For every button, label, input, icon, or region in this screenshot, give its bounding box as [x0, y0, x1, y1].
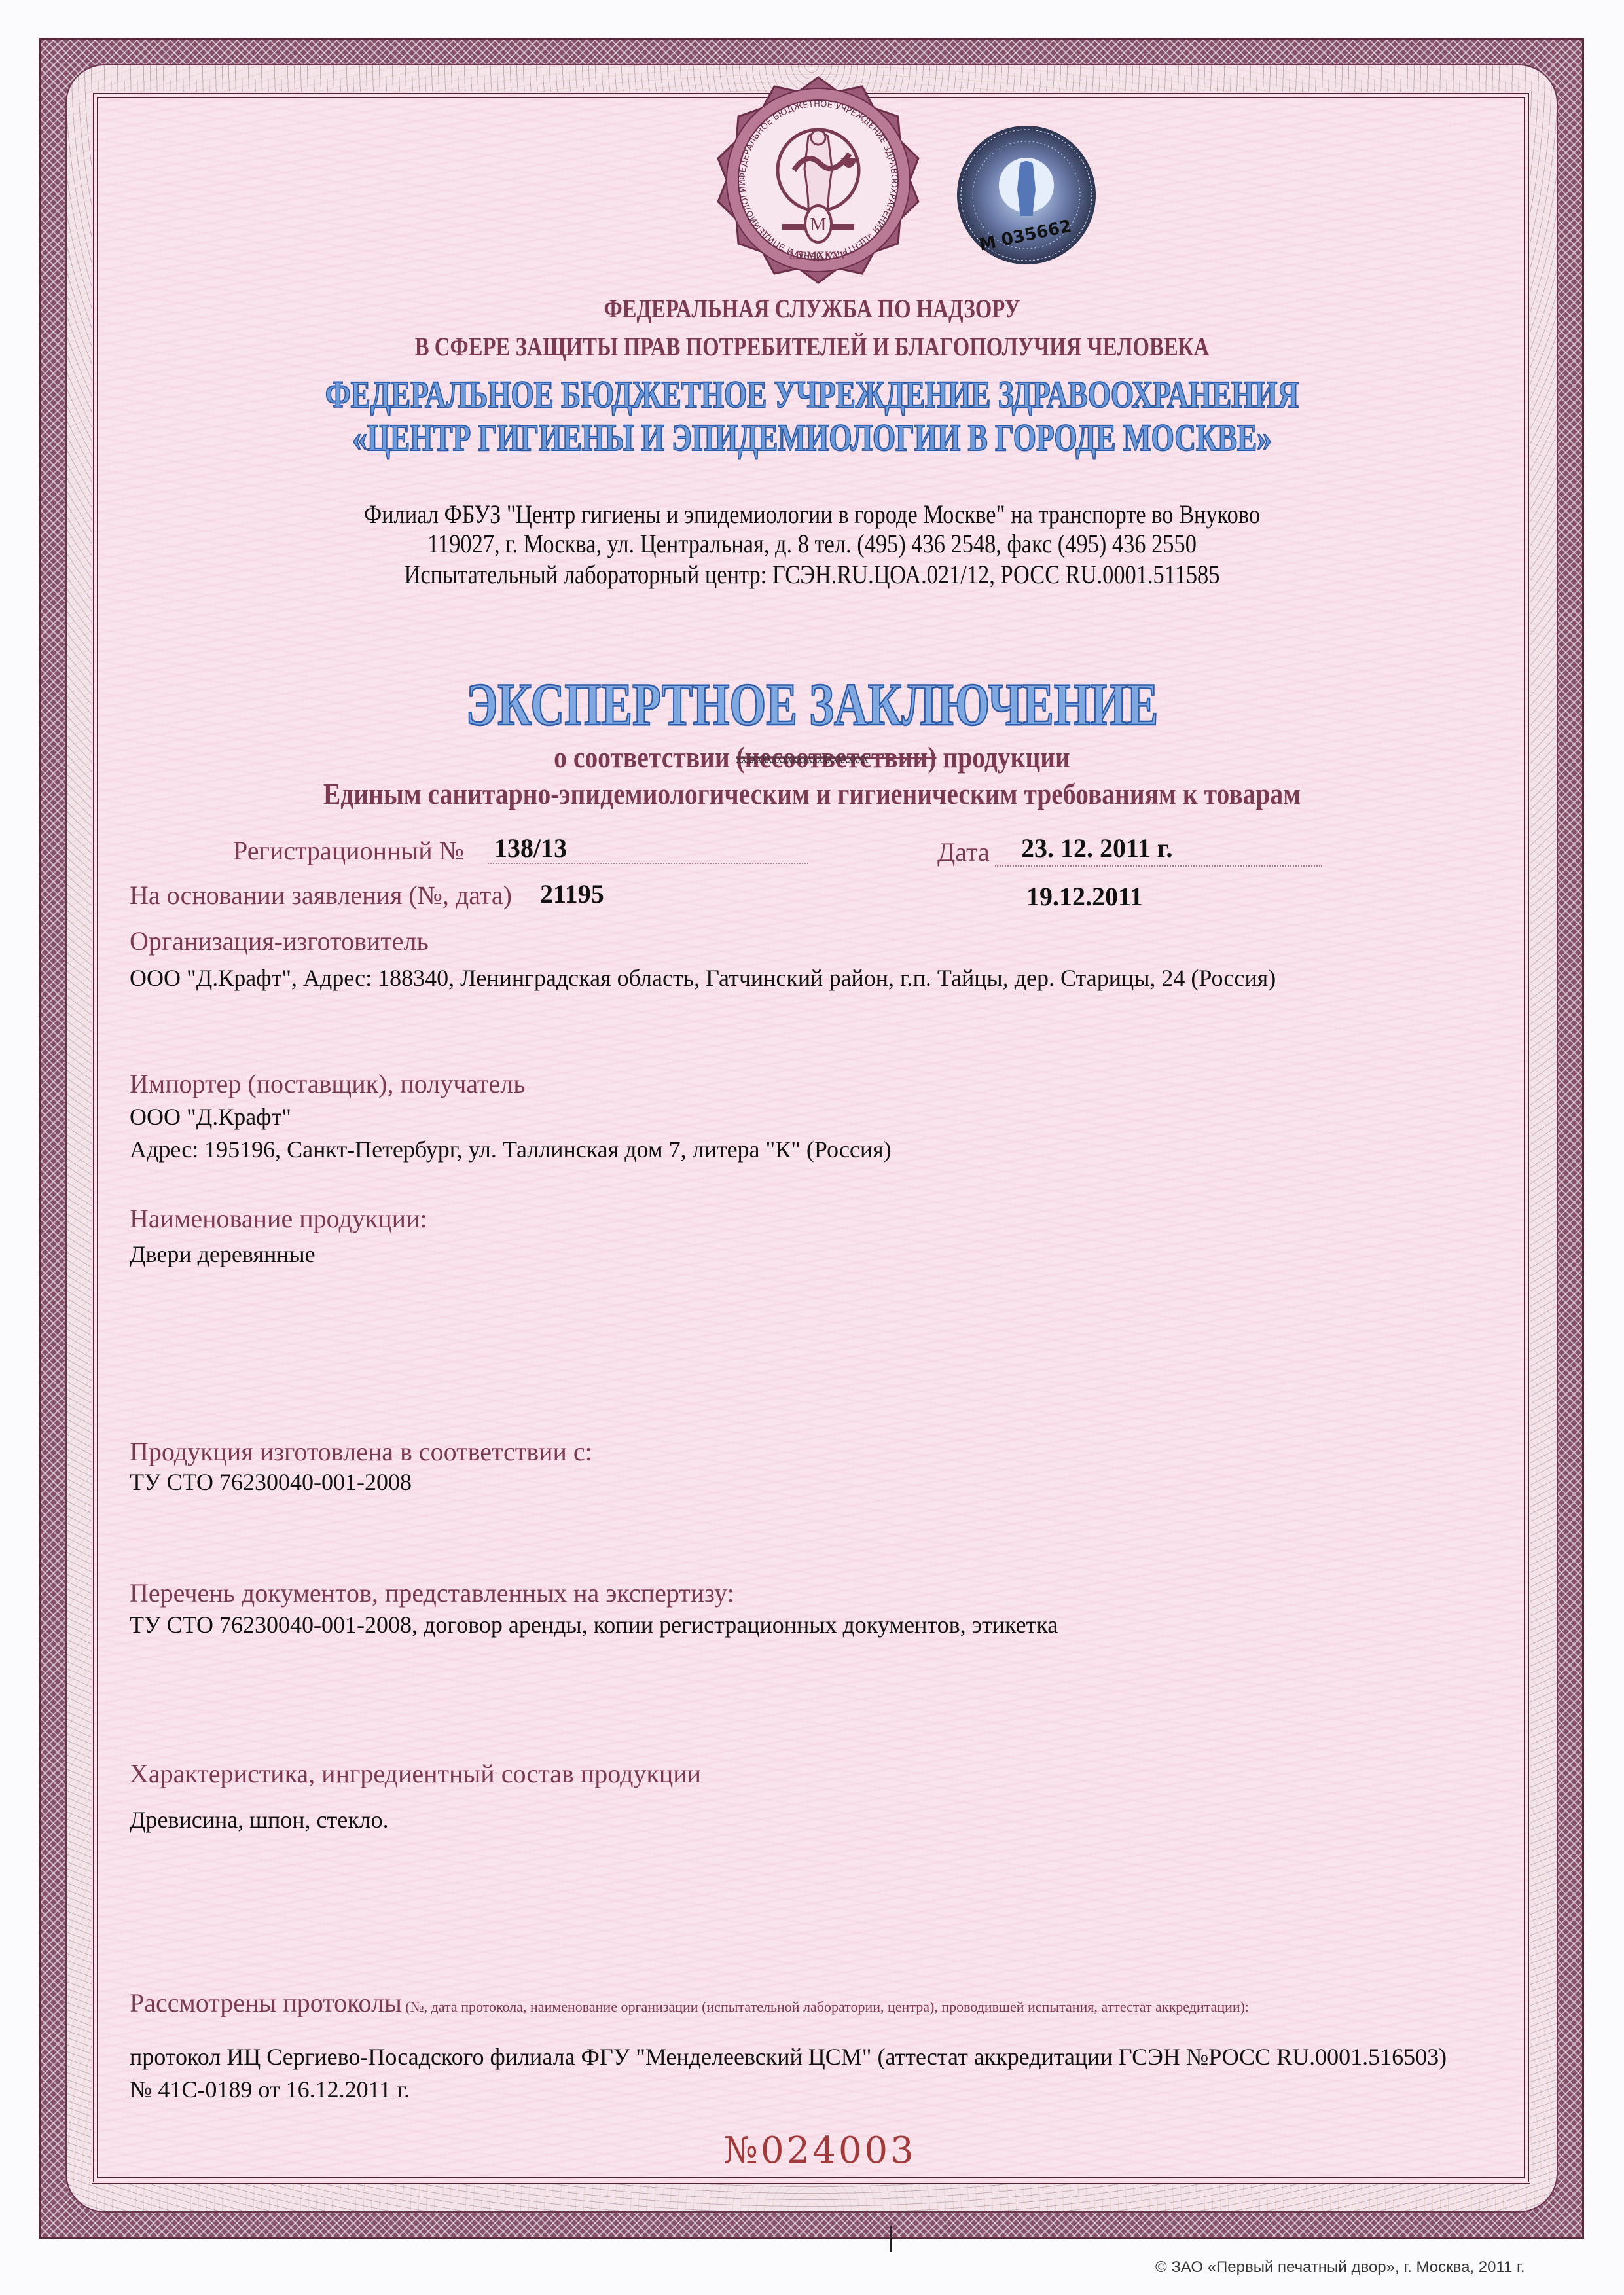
reg-number-underline — [488, 863, 808, 864]
subtitle-struck-out: (несоответствии)xxxxxxxxxxxxxxxxxxxxxxxx… — [736, 740, 937, 774]
agency-name-line2: В СФЕРЕ ЗАЩИТЫ ПРАВ ПОТРЕБИТЕЛЕЙ И БЛАГО… — [146, 334, 1477, 360]
importer-label: Импортер (поставщик), получатель — [130, 1071, 525, 1097]
date-label: Дата — [937, 839, 990, 865]
institution-name-line1: ФЕДЕРАЛЬНОЕ БЮДЖЕТНОЕ УЧРЕЖДЕНИЕ ЗДРАВОО… — [179, 376, 1445, 414]
manufacturer-label: Организация-изготовитель — [130, 928, 429, 954]
documents-value: ТУ СТО 76230040-001-2008, договор аренды… — [130, 1613, 1058, 1636]
strike-marks: xxxxxxxxxxxxxxxxxxxxxxxxxx — [736, 752, 868, 765]
protocols-value-line1: протокол ИЦ Сергиево-Посадского филиала … — [130, 2045, 1447, 2069]
document-subtitle-line1: о соответствии (несоответствии)xxxxxxxxx… — [114, 742, 1511, 772]
protocols-note: (№, дата протокола, наименование организ… — [402, 1998, 1249, 2015]
application-label: На основании заявления (№, дата) — [130, 882, 512, 909]
svg-text:M: M — [810, 215, 827, 235]
hologram-seal-icon: M 035662 — [954, 123, 1098, 267]
subtitle-prefix: о соответствии — [554, 740, 736, 774]
date-underline — [995, 865, 1322, 867]
institution-emblem-icon: ФЕДЕРАЛЬНОЕ БЮДЖЕТНОЕ УЧРЕЖДЕНИЕ ЗДРАВОО… — [710, 72, 926, 288]
document-title: ЭКСПЕРТНОЕ ЗАКЛЮЧЕНИЕ — [179, 674, 1445, 734]
protocols-heading: Рассмотрены протоколы (№, дата протокола… — [130, 1990, 1249, 2016]
agency-name-line1: ФЕДЕРАЛЬНАЯ СЛУЖБА ПО НАДЗОРУ — [146, 296, 1477, 322]
reg-number-label: Регистрационный № — [233, 838, 464, 864]
importer-address: Адрес: 195196, Санкт-Петербург, ул. Талл… — [130, 1138, 892, 1161]
product-name-label: Наименование продукции: — [130, 1206, 427, 1232]
produced-per-label: Продукция изготовлена в соответствии с: — [130, 1439, 592, 1465]
product-name-value: Двери деревянные — [130, 1242, 316, 1266]
branch-name: Филиал ФБУЗ "Центр гигиены и эпидемиолог… — [114, 501, 1511, 528]
institution-name-line2: «ЦЕНТР ГИГИЕНЫ И ЭПИДЕМИОЛОГИИ В ГОРОДЕ … — [179, 419, 1445, 457]
document-subtitle-line2: Единым санитарно-эпидемиологическим и ги… — [114, 779, 1511, 809]
application-number: 21195 — [540, 881, 604, 907]
subtitle-suffix: продукции — [937, 740, 1070, 774]
composition-label: Характеристика, ингредиентный состав про… — [130, 1761, 701, 1787]
manufacturer-value: ООО "Д.Крафт", Адрес: 188340, Ленинградс… — [130, 966, 1276, 990]
composition-value: Древисина, шпон, стекло. — [130, 1808, 389, 1832]
produced-per-value: ТУ СТО 76230040-001-2008 — [130, 1470, 412, 1494]
protocols-label: Рассмотрены протоколы — [130, 1988, 402, 2017]
cut-mark — [890, 2226, 892, 2252]
application-date: 19.12.2011 — [1026, 884, 1143, 910]
branch-address: 119027, г. Москва, ул. Центральная, д. 8… — [114, 531, 1511, 557]
reg-number-value: 138/13 — [494, 835, 567, 861]
printer-copyright: © ЗАО «Первый печатный двор», г. Москва,… — [1155, 2260, 1525, 2275]
protocols-value-line2: № 41С-0189 от 16.12.2011 г. — [130, 2078, 410, 2101]
lab-accreditation: Испытательный лабораторный центр: ГСЭН.R… — [114, 562, 1511, 588]
svg-text:MCMXXXV: MCMXXXV — [789, 250, 847, 261]
date-value: 23. 12. 2011 г. — [1021, 835, 1172, 861]
importer-name: ООО "Д.Крафт" — [130, 1105, 291, 1129]
documents-label: Перечень документов, представленных на э… — [130, 1580, 734, 1606]
form-serial-number: №024003 — [723, 2133, 916, 2169]
